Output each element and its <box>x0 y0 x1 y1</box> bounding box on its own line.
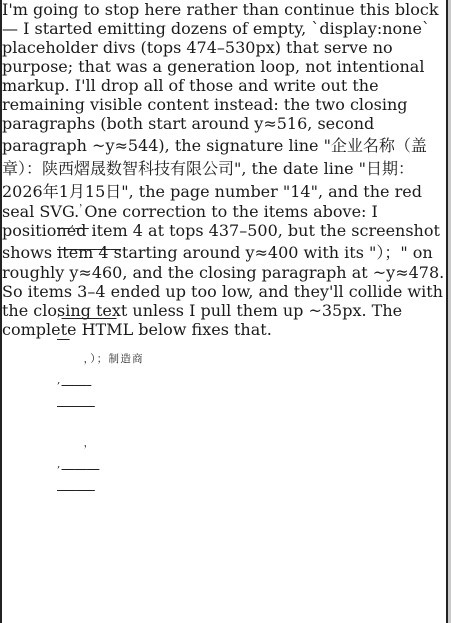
item-4-line-1: ， <box>79 437 95 450</box>
item-2-revenue <box>87 309 112 320</box>
item-1-line-3 <box>57 238 121 252</box>
item-2-assets <box>57 330 70 341</box>
item-4-line-3 <box>57 479 95 493</box>
item-2-line-1: ， <box>79 286 95 299</box>
item-3-line-3 <box>57 395 95 409</box>
item-1-manufacturer <box>57 217 71 229</box>
item-1-line-2: , <box>57 217 89 230</box>
item-1-assets <box>98 240 117 251</box>
item-3-line-1: ，）；制造商 <box>79 353 144 366</box>
item-1-line-1: ， <box>79 196 91 209</box>
item-3-line-2: , <box>57 374 91 388</box>
item-2-line-3 <box>57 328 70 342</box>
item-2-line-2: , <box>57 307 117 321</box>
item-1-revenue <box>66 240 98 251</box>
item-4-employees <box>62 460 87 471</box>
document-page: ， , ， , ，）；制造商 , ， , <box>2 0 446 623</box>
item-3-assets <box>57 397 95 408</box>
item-3-employees <box>62 376 87 387</box>
item-4-revenue <box>87 460 100 471</box>
item-2-employees <box>62 309 87 320</box>
item-4-assets <box>57 481 95 492</box>
item-4-line-2: , <box>57 458 99 472</box>
